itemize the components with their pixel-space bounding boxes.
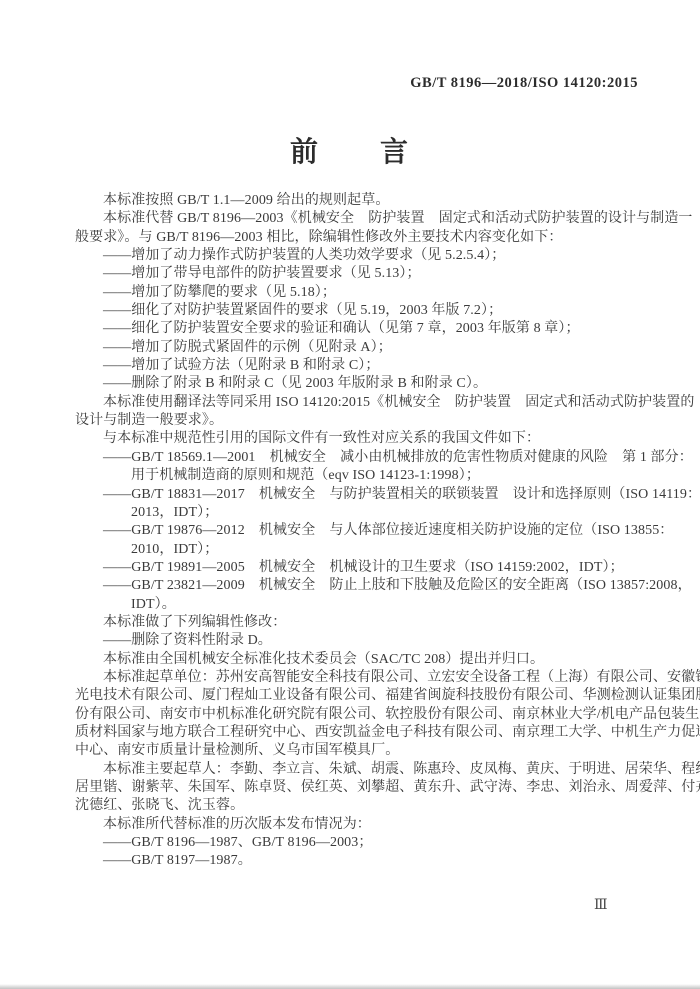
text-line: 本标准按照 GB/T 1.1—2009 给出的规则起草。 — [75, 192, 643, 210]
text-line: ——删除了资料性附录 D。 — [75, 632, 643, 650]
text-line: 本标准使用翻译法等同采用 ISO 14120:2015《机械安全 防护装置 固定… — [75, 394, 643, 412]
text-line: 本标准主要起草人：李勤、李立言、朱斌、胡震、陈惠玲、皮凤梅、黄庆、于明进、居荣华… — [75, 761, 643, 779]
text-line: ——增加了防脱式紧固件的示例（见附录 A）； — [75, 339, 643, 357]
text-line: 2013，IDT）； — [75, 504, 643, 522]
text-line: 光电技术有限公司、厦门程灿工业设备有限公司、福建省闽旋科技股份有限公司、华测检测… — [75, 687, 643, 705]
text-line: 沈德红、张晓飞、沈玉蓉。 — [75, 797, 643, 815]
text-line: 2010，IDT）； — [75, 541, 643, 559]
text-line: ——GB/T 8197—1987。 — [75, 852, 643, 870]
document-body: 本标准按照 GB/T 1.1—2009 给出的规则起草。本标准代替 GB/T 8… — [75, 192, 643, 871]
text-line: ——GB/T 8196—1987、GB/T 8196—2003； — [75, 834, 643, 852]
text-line: ——GB/T 18831—2017 机械安全 与防护装置相关的联锁装置 设计和选… — [75, 486, 643, 504]
text-line: 本标准做了下列编辑性修改： — [75, 614, 643, 632]
page-title: 前 言 — [0, 130, 700, 170]
text-line: 份有限公司、南安市中机标准化研究院有限公司、软控股份有限公司、南京林业大学/机电… — [75, 706, 643, 724]
text-line: 质材料国家与地方联合工程研究中心、西安凯益金电子科技有限公司、南京理工大学、中机… — [75, 724, 643, 742]
text-line: IDT）。 — [75, 596, 643, 614]
text-line: 本标准起草单位：苏州安高智能安全科技有限公司、立宏安全设备工程（上海）有限公司、… — [75, 669, 643, 687]
text-line: ——GB/T 18569.1—2001 机械安全 减小由机械排放的危害性物质对健… — [75, 449, 643, 467]
text-line: 用于机械制造商的原则和规范（eqv ISO 14123-1:1998）； — [75, 467, 643, 485]
text-line: ——GB/T 19876—2012 机械安全 与人体部位接近速度相关防护设施的定… — [75, 522, 643, 540]
text-line: 设计与制造一般要求》。 — [75, 412, 643, 430]
text-line: ——删除了附录 B 和附录 C（见 2003 年版附录 B 和附录 C）。 — [75, 375, 643, 393]
text-line: 般要求》。与 GB/T 8196—2003 相比，除编辑性修改外主要技术内容变化… — [75, 229, 643, 247]
text-line: ——细化了对防护装置紧固件的要求（见 5.19，2003 年版 7.2）； — [75, 302, 643, 320]
scan-edge-shadow — [0, 984, 700, 989]
text-line: ——细化了防护装置安全要求的验证和确认（见第 7 章，2003 年版第 8 章）… — [75, 320, 643, 338]
text-line: ——增加了防攀爬的要求（见 5.18）； — [75, 284, 643, 302]
text-line: ——增加了动力操作式防护装置的人类功效学要求（见 5.2.5.4）； — [75, 247, 643, 265]
text-line: 与本标准中规范性引用的国际文件有一致性对应关系的我国文件如下： — [75, 430, 643, 448]
text-line: 本标准所代替标准的历次版本发布情况为： — [75, 816, 643, 834]
text-line: 居里锴、谢紫苹、朱国军、陈卓贤、侯红英、刘攀超、黄东升、武守涛、李忠、刘治永、周… — [75, 779, 643, 797]
document-page: GB/T 8196—2018/ISO 14120:2015 前 言 本标准按照 … — [0, 0, 700, 989]
text-line: ——GB/T 19891—2005 机械安全 机械设计的卫生要求（ISO 141… — [75, 559, 643, 577]
text-line: 本标准由全国机械安全标准化技术委员会（SAC/TC 208）提出并归口。 — [75, 651, 643, 669]
text-line: ——增加了试验方法（见附录 B 和附录 C）； — [75, 357, 643, 375]
text-line: ——GB/T 23821—2009 机械安全 防止上肢和下肢触及危险区的安全距离… — [75, 577, 643, 595]
text-line: 本标准代替 GB/T 8196—2003《机械安全 防护装置 固定式和活动式防护… — [75, 210, 643, 228]
standard-code-header: GB/T 8196—2018/ISO 14120:2015 — [410, 75, 638, 92]
page-number: Ⅲ — [594, 897, 608, 914]
text-line: 中心、南安市质量计量检测所、义乌市国军模具厂。 — [75, 742, 643, 760]
text-line: ——增加了带导电部件的防护装置要求（见 5.13）； — [75, 265, 643, 283]
